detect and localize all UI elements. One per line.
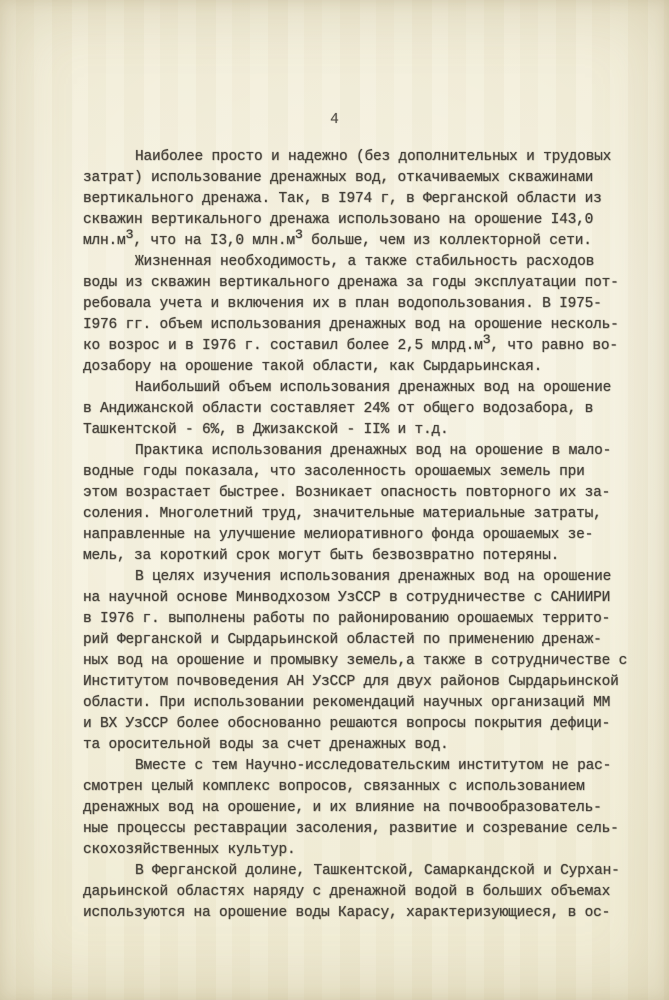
text-line: Наибольший объем использования дренажных…: [83, 378, 643, 399]
text-line: области. При использовании рекомендаций …: [83, 693, 643, 714]
text-line: используются на орошение воды Карасу, ха…: [83, 903, 643, 924]
text-line: направленные на улучшение мелиоративного…: [83, 525, 643, 546]
text-line: Ташкентской - 6%, в Джизакской - II% и т…: [83, 420, 643, 441]
text-line: В Ферганской долине, Ташкентской, Самарк…: [83, 861, 643, 882]
text-line: Институтом почвоведения АН УзССР для дву…: [83, 672, 643, 693]
text-line: и ВХ УзССР более обоснованно решаются во…: [83, 714, 643, 735]
text-line: водные годы показала, что засоленность о…: [83, 462, 643, 483]
text-line: ных вод на орошение и промывку земель,а …: [83, 651, 643, 672]
text-line: Вместе с тем Научно-исследовательским ин…: [83, 756, 643, 777]
page-number: 4: [0, 112, 669, 128]
text-line: ко возрос и в I976 г. составил более 2,5…: [83, 336, 643, 357]
text-line: I976 гг. объем использования дренажных в…: [83, 315, 643, 336]
text-line: Жизненная необходимость, а также стабиль…: [83, 252, 643, 273]
text-line: дарьинской областях наряду с дренажной в…: [83, 882, 643, 903]
text-line: смотрен целый комплекс вопросов, связанн…: [83, 777, 643, 798]
text-line: рий Ферганской и Сырдарьинской областей …: [83, 630, 643, 651]
text-line: в Андижанской области составляет 24% от …: [83, 399, 643, 420]
document-page: 4 Наиболее просто и надежно (без дополни…: [0, 0, 669, 1000]
text-line: дозабору на орошение такой области, как …: [83, 357, 643, 378]
text-line: ные процессы реставрации засоления, разв…: [83, 819, 643, 840]
paragraph: В целях изучения использования дренажных…: [83, 567, 643, 756]
text-line: Практика использования дренажных вод на …: [83, 441, 643, 462]
text-line: на научной основе Минводхозом УзССР в со…: [83, 588, 643, 609]
text-line: вертикального дренажа. Так, в I974 г, в …: [83, 189, 643, 210]
text-line: мель, за короткий срок могут быть безвоз…: [83, 546, 643, 567]
text-line: соления. Многолетний труд, значительные …: [83, 504, 643, 525]
paragraph: Жизненная необходимость, а также стабиль…: [83, 252, 643, 378]
paragraph: Практика использования дренажных вод на …: [83, 441, 643, 567]
text-line: В целях изучения использования дренажных…: [83, 567, 643, 588]
text-line: скохозяйственных культур.: [83, 840, 643, 861]
paragraph: Вместе с тем Научно-исследовательским ин…: [83, 756, 643, 861]
paragraph: Наибольший объем использования дренажных…: [83, 378, 643, 441]
text-line: затрат) использование дренажных вод, отк…: [83, 168, 643, 189]
text-line: дренажных вод на орошение, и их влияние …: [83, 798, 643, 819]
paragraph: Наиболее просто и надежно (без дополните…: [83, 147, 643, 252]
text-line: Наиболее просто и надежно (без дополните…: [83, 147, 643, 168]
text-line: скважин вертикального дренажа использова…: [83, 210, 643, 231]
text-line: та оросительной воды за счет дренажных в…: [83, 735, 643, 756]
text-line: млн.м3, что на I3,0 млн.м3 больше, чем и…: [83, 231, 643, 252]
text-line: воды из скважин вертикального дренажа за…: [83, 273, 643, 294]
text-line: этом возрастает быстрее. Возникает опасн…: [83, 483, 643, 504]
text-line: ребовала учета и включения их в план вод…: [83, 294, 643, 315]
text-line: в I976 г. выполнены работы по районирова…: [83, 609, 643, 630]
document-text: Наиболее просто и надежно (без дополните…: [83, 147, 643, 924]
paragraph: В Ферганской долине, Ташкентской, Самарк…: [83, 861, 643, 924]
